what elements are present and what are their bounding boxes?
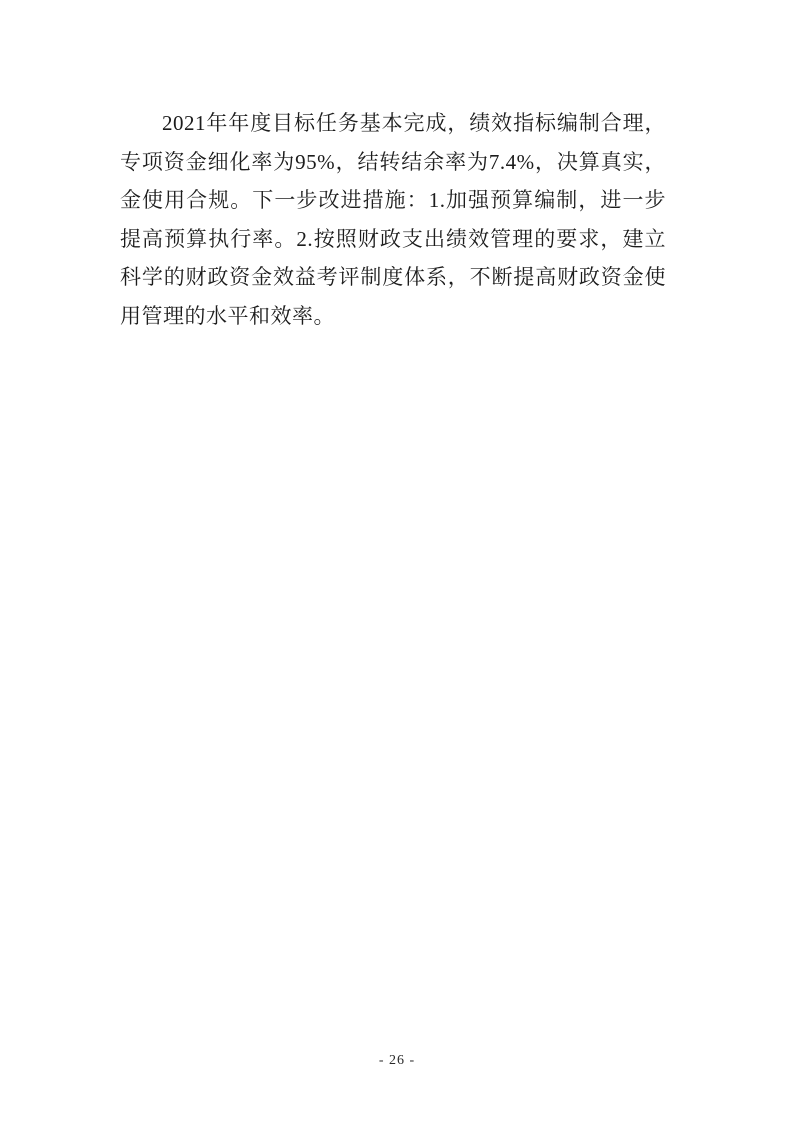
paragraph-line: 金使用合规。下一步改进措施：1.加强预算编制，进一步 bbox=[120, 181, 666, 220]
paragraph-line: 科学的财政资金效益考评制度体系，不断提高财政资金使 bbox=[120, 258, 666, 297]
page-footer: - 26 - bbox=[0, 1051, 794, 1069]
paragraph-line: 专项资金细化率为95%，结转结余率为7.4%，决算真实，资 bbox=[120, 143, 666, 182]
paragraph: 2021年年度目标任务基本完成，绩效指标编制合理， 专项资金细化率为95%，结转… bbox=[120, 104, 666, 335]
paragraph-line: 用管理的水平和效率。 bbox=[120, 297, 666, 336]
document-page: 2021年年度目标任务基本完成，绩效指标编制合理， 专项资金细化率为95%，结转… bbox=[0, 0, 794, 1123]
paragraph-line: 2021年年度目标任务基本完成，绩效指标编制合理， bbox=[120, 104, 666, 143]
page-number: - 26 - bbox=[379, 1053, 415, 1068]
paragraph-line: 提高预算执行率。2.按照财政支出绩效管理的要求，建立 bbox=[120, 220, 666, 259]
